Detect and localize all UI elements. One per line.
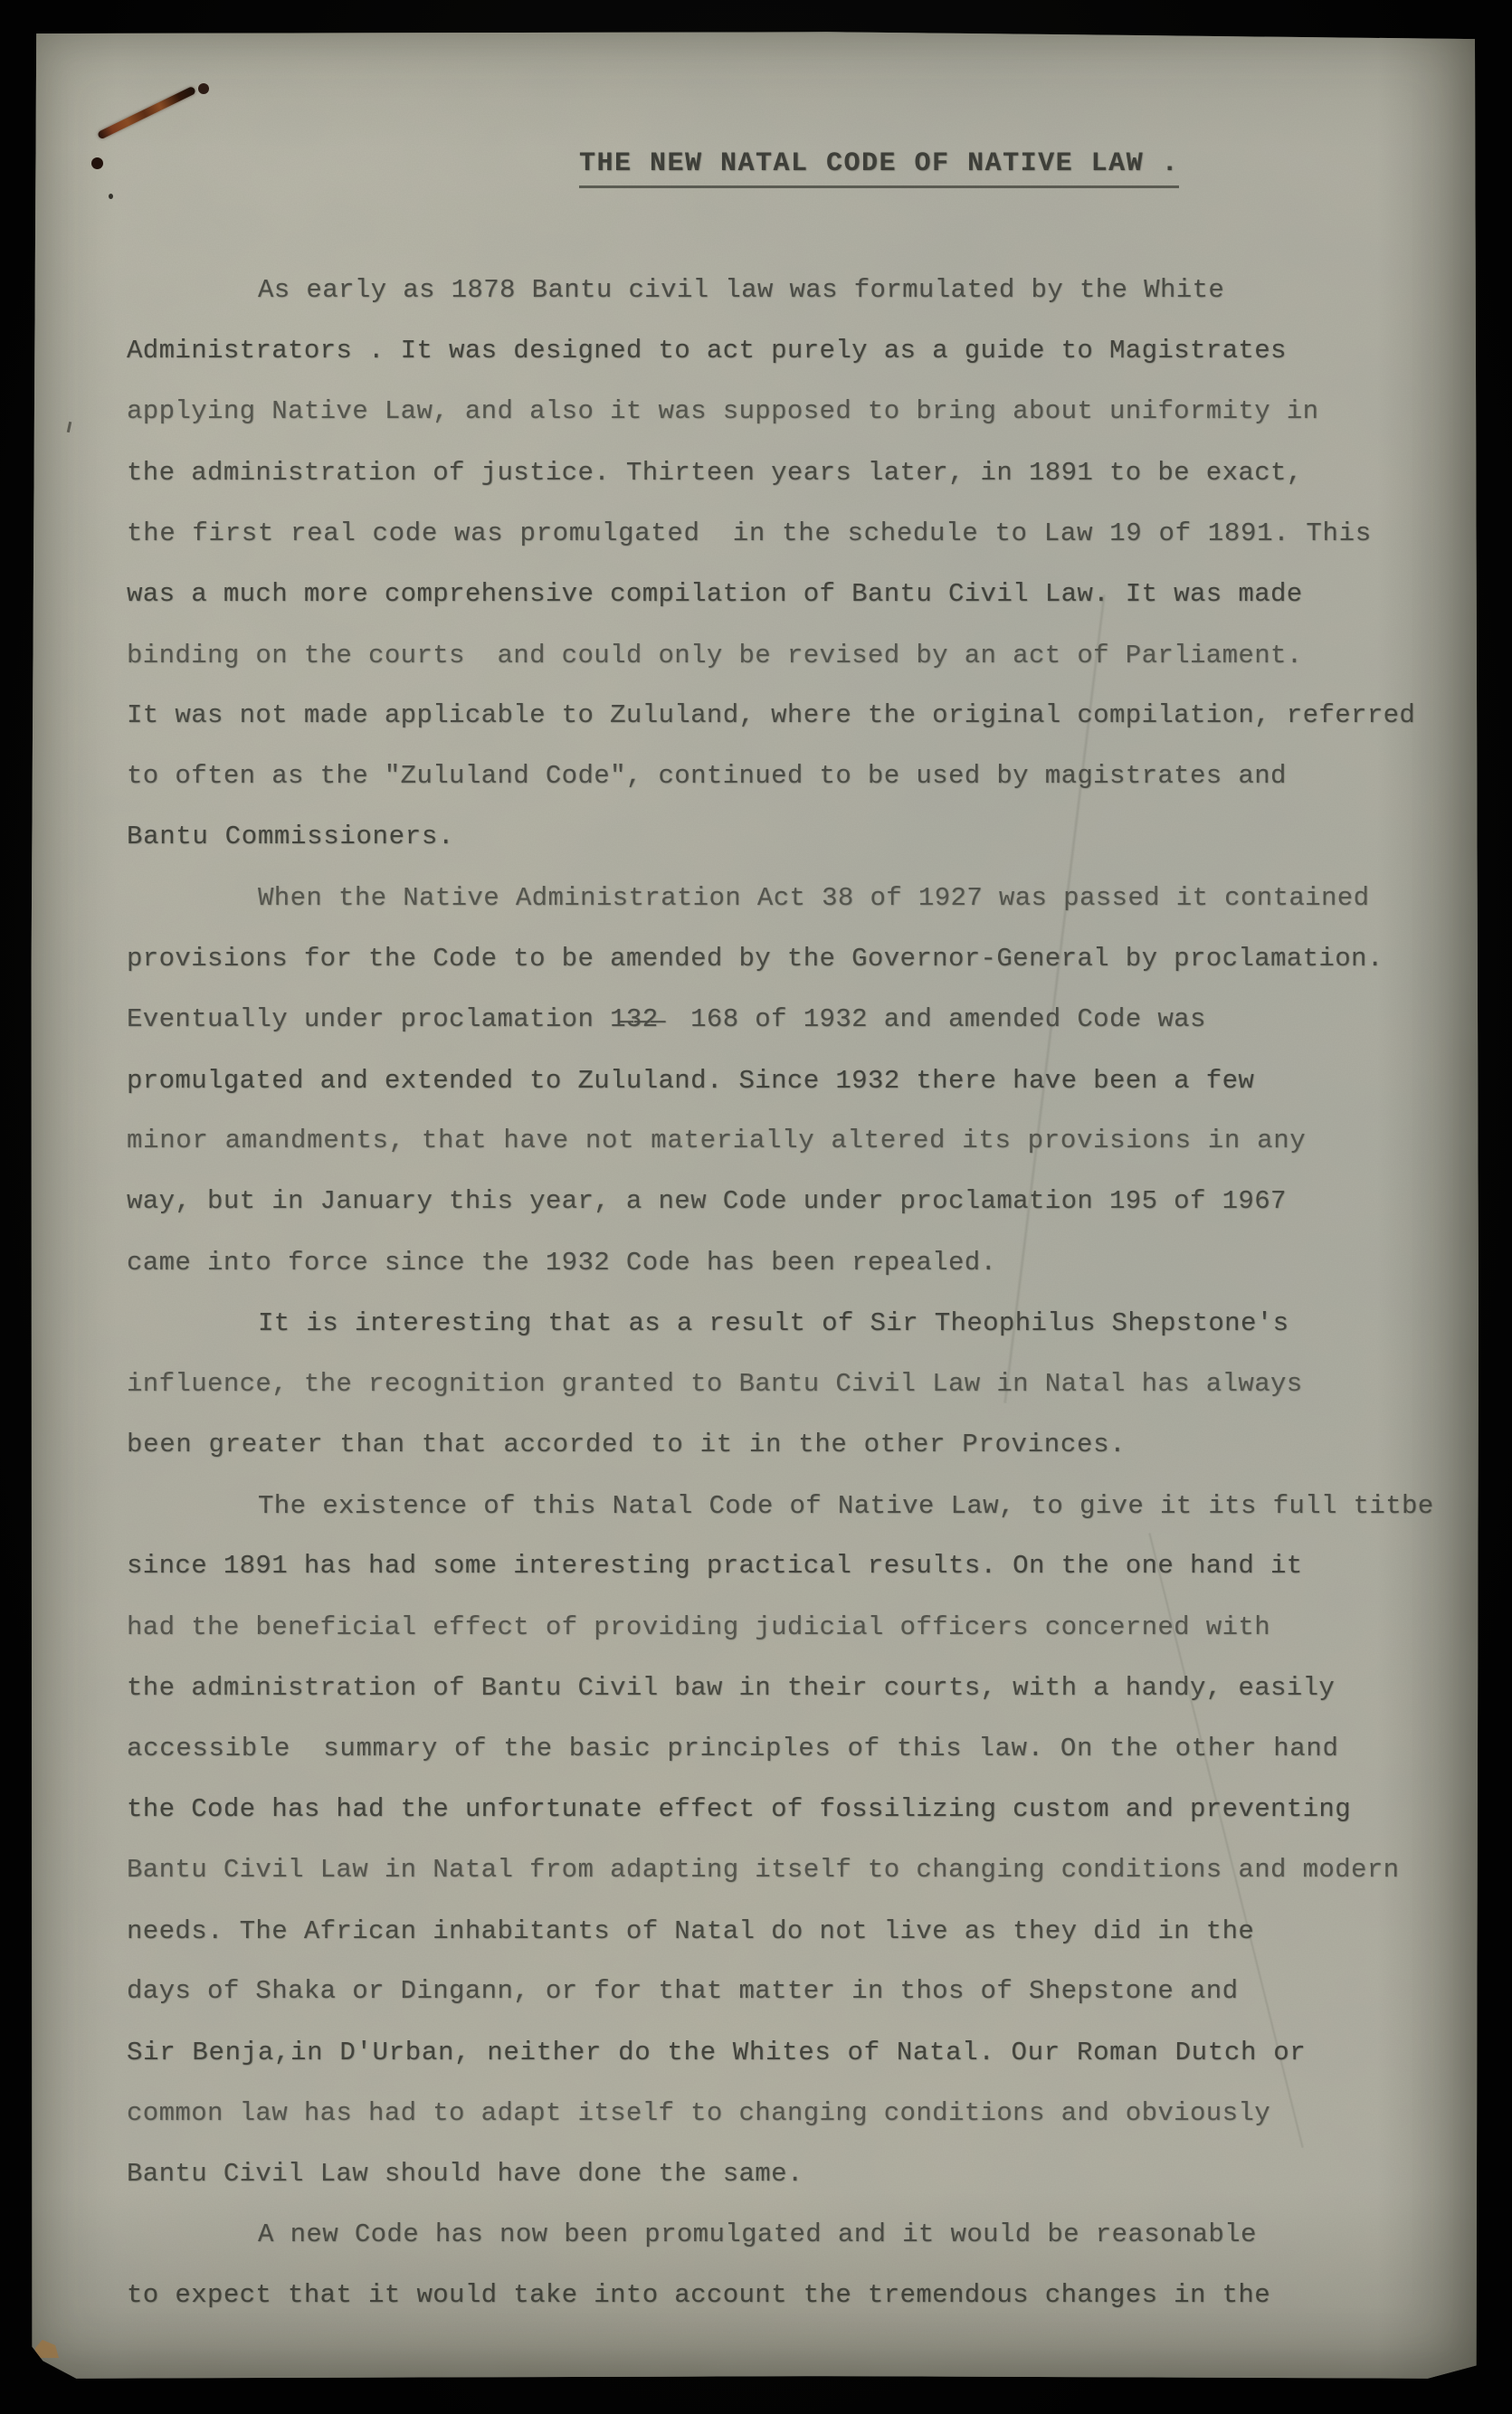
stray-pen-tick [67, 422, 71, 432]
text-line: It is interesting that as a result of Si… [127, 1293, 1448, 1354]
ink-dot [109, 194, 113, 199]
text-line: way, but in January this year, a new Cod… [127, 1171, 1448, 1231]
text-line: days of Shaka or Dingann, or for that ma… [127, 1961, 1448, 2021]
rust-smudge-end-blot [91, 157, 103, 169]
text-line: Sir Benja,in D'Urban, neither do the Whi… [127, 2022, 1448, 2083]
rust-smudge-mark [97, 86, 196, 140]
document-page: THE NEW NATAL CODE OF NATIVE LAW . As ea… [30, 31, 1479, 2380]
text-line: The existence of this Natal Code of Nati… [127, 1476, 1448, 1536]
text-line: minor amandments, that have not material… [127, 1110, 1448, 1171]
text-line: came into force since the 1932 Code has … [127, 1232, 1448, 1293]
corner-chip [35, 2340, 59, 2358]
text-line: was a much more comprehensive compilatio… [127, 564, 1448, 624]
text-line: since 1891 has had some interesting prac… [127, 1535, 1448, 1596]
text-line: provisions for the Code to be amended by… [127, 928, 1448, 989]
text-line: had the beneficial effect of providing j… [127, 1596, 1448, 1657]
text-line: the administration of justice. Thirteen … [127, 442, 1448, 502]
text-line: Bantu Civil Law in Natal from adapting i… [127, 1839, 1448, 1900]
rust-smudge-tip-blot [198, 83, 209, 94]
text-line: It was not made applicable to Zululand, … [127, 685, 1448, 746]
photo-backdrop: THE NEW NATAL CODE OF NATIVE LAW . As ea… [0, 0, 1512, 2414]
text-line: binding on the courts and could only be … [127, 625, 1448, 686]
text-line: to expect that it would take into accoun… [127, 2265, 1448, 2325]
text-line: to often as the "Zululand Code", continu… [127, 746, 1448, 806]
text-line: been greater than that accorded to it in… [127, 1414, 1448, 1475]
text-line: promulgated and extended to Zululand. Si… [127, 1050, 1448, 1111]
text-line: the administration of Bantu Civil baw in… [127, 1658, 1448, 1718]
text-line: As early as 1878 Bantu civil law was for… [127, 260, 1448, 320]
text-line: Bantu Commissioners. [127, 806, 1448, 867]
text-line: influence, the recognition granted to Ba… [127, 1354, 1448, 1414]
text-line: the first real code was promulgated in t… [127, 503, 1448, 564]
text-line: Eventually under proclamation 1̶3̶2̶ 168… [127, 989, 1448, 1050]
text-line: accessible summary of the basic principl… [127, 1718, 1448, 1779]
text-line: Bantu Civil Law should have done the sam… [127, 2143, 1448, 2204]
text-line: A new Code has now been promulgated and … [127, 2204, 1448, 2265]
text-line: When the Native Administration Act 38 of… [127, 868, 1448, 928]
text-line: applying Native Law, and also it was sup… [127, 381, 1448, 442]
text-lines: As early as 1878 Bantu civil law was for… [127, 260, 1448, 2325]
text-line: common law has had to adapt itself to ch… [127, 2083, 1448, 2143]
document-title: THE NEW NATAL CODE OF NATIVE LAW . [579, 148, 1179, 188]
text-line: needs. The African inhabitants of Natal … [127, 1901, 1448, 1962]
text-line: the Code has had the unfortunate effect … [127, 1779, 1448, 1839]
text-line: Administrators . It was designed to act … [127, 320, 1448, 381]
